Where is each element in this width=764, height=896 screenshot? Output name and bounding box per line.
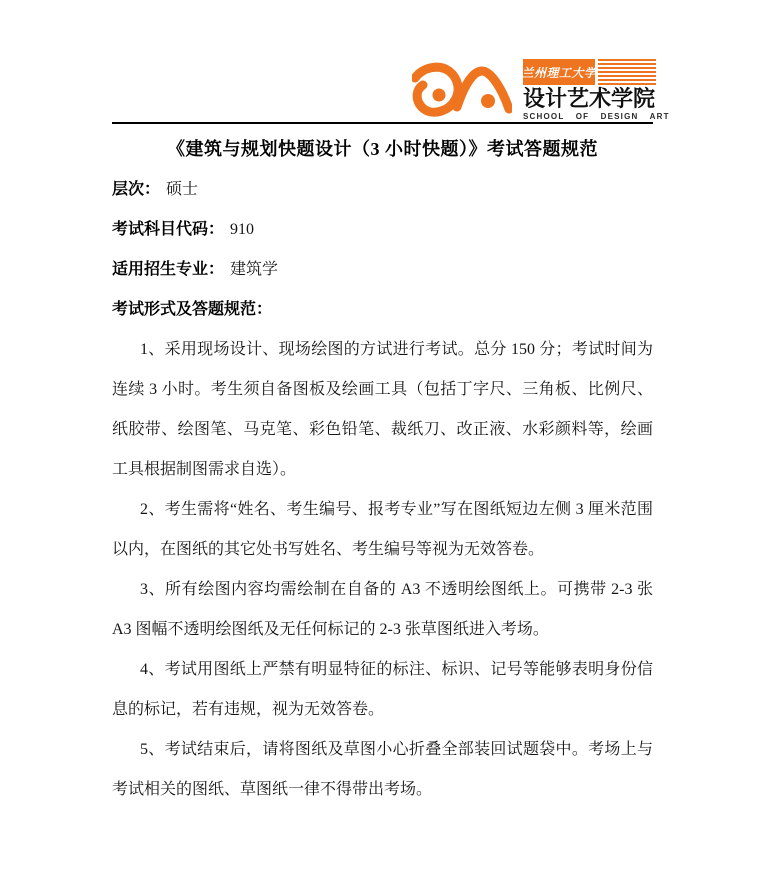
document-page: { "logo": { "accent_color": "#ee7420", "… — [0, 0, 764, 896]
logo-banner: 兰州理工大学 — [523, 59, 656, 85]
school-name-en: SCHOOL OF DESIGN ART — [523, 112, 656, 121]
school-name-cn: 设计艺术学院 — [523, 87, 656, 111]
rule-paragraph-1: 1、采用现场设计、现场绘图的方试进行考试。总分 150 分；考试时间为连续 3 … — [112, 330, 653, 490]
field-level-value: 硕士 — [166, 181, 198, 198]
field-subject-code-value: 910 — [230, 221, 254, 238]
document-title: 《建筑与规划快题设计（3 小时快题）》考试答题规范 — [112, 136, 653, 162]
logo-text-block: 兰州理工大学 设计艺术学院 SCHOOL OF DESIGN ART — [523, 59, 656, 121]
field-applicable-major-label: 适用招生专业： — [112, 261, 224, 278]
field-level: 层次：硕士 — [112, 170, 653, 210]
field-level-label: 层次： — [112, 181, 160, 198]
rule-paragraph-4: 4、考试用图纸上严禁有明显特征的标注、标识、记号等能够表明身份信息的标记，若有违… — [112, 650, 653, 730]
rule-paragraph-2: 2、考生需将“姓名、考生编号、报考专业”写在图纸短边左侧 3 厘米范围以内，在图… — [112, 490, 653, 570]
field-applicable-major-value: 建筑学 — [230, 261, 278, 278]
document-body: 《建筑与规划快题设计（3 小时快题）》考试答题规范 层次：硕士 考试科目代码：9… — [112, 136, 653, 810]
field-applicable-major: 适用招生专业：建筑学 — [112, 250, 653, 290]
header-divider — [112, 122, 653, 124]
logo-mark-icon — [412, 59, 512, 121]
field-subject-code-label: 考试科目代码： — [112, 221, 224, 238]
university-name-banner: 兰州理工大学 — [523, 59, 595, 85]
section-heading: 考试形式及答题规范： — [112, 290, 653, 330]
rule-paragraph-5: 5、考试结束后，请将图纸及草图小心折叠全部装回试题袋中。考场上与考试相关的图纸、… — [112, 730, 653, 810]
school-logo: 兰州理工大学 设计艺术学院 SCHOOL OF DESIGN ART — [412, 59, 656, 121]
field-subject-code: 考试科目代码：910 — [112, 210, 653, 250]
logo-stripes-icon — [598, 59, 656, 85]
section-heading-label: 考试形式及答题规范： — [112, 301, 272, 318]
rule-paragraph-3: 3、所有绘图内容均需绘制在自备的 A3 不透明绘图纸上。可携带 2-3 张 A3… — [112, 570, 653, 650]
